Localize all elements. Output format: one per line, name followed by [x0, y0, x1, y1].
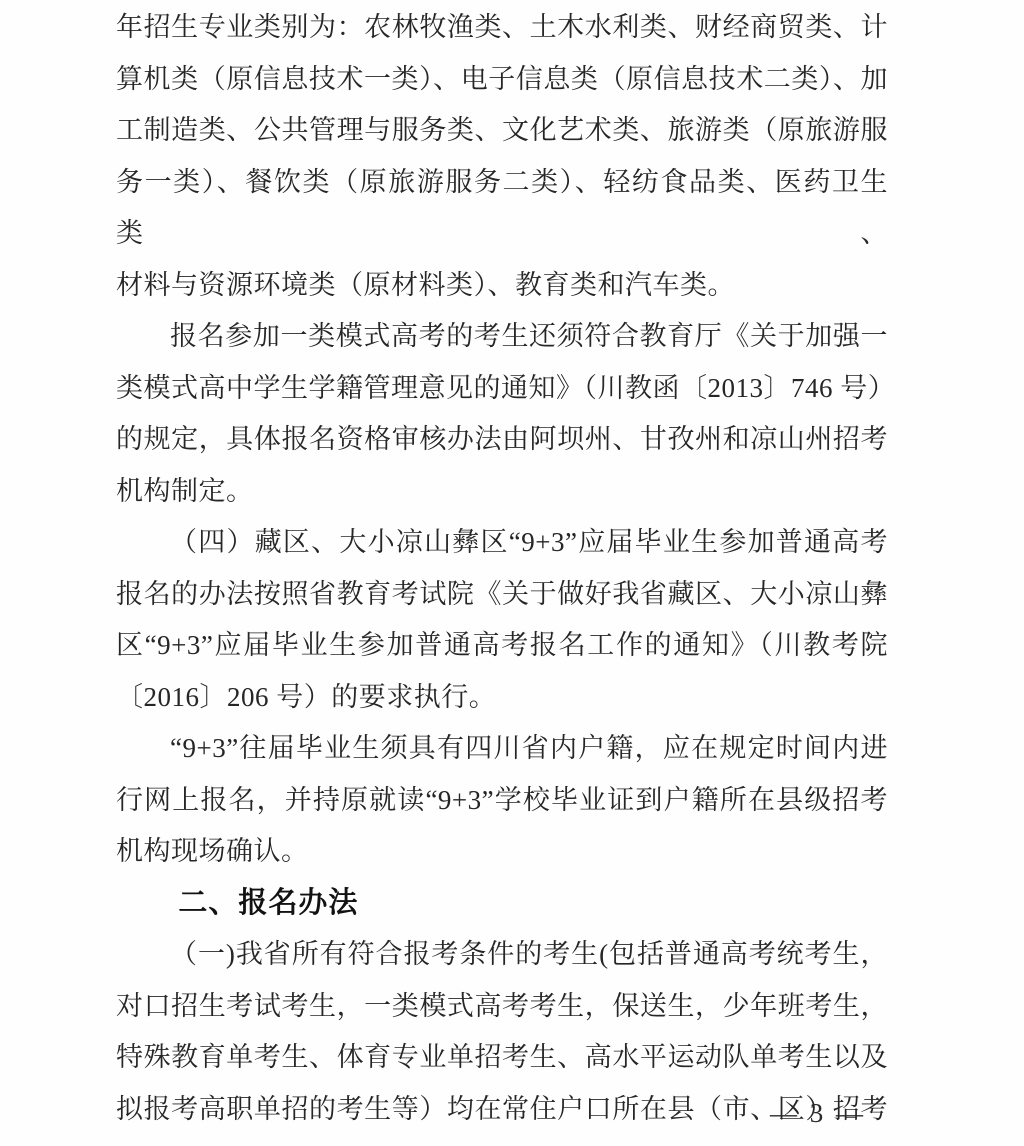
section-heading: 二、报名办法 [116, 878, 888, 930]
text-line: 对口招生考试考生，一类模式高考考生，保送生，少年班考生， [116, 981, 888, 1033]
text-line: “9+3”往届毕业生须具有四川省内户籍，应在规定时间内进 [116, 723, 888, 775]
text-line: 行网上报名，并持原就读“9+3”学校毕业证到户籍所在县级招考 [116, 775, 888, 827]
page-number: — 3 — [770, 1098, 866, 1129]
text-line: 机构制定。 [116, 466, 888, 518]
document-body: 年招生专业类别为：农林牧渔类、土木水利类、财经商贸类、计 算机类（原信息技术一类… [116, 2, 888, 1135]
text-line: 工制造类、公共管理与服务类、文化艺术类、旅游类（原旅游服 [116, 105, 888, 157]
text-line: （四）藏区、大小凉山彝区“9+3”应届毕业生参加普通高考 [116, 517, 888, 569]
text-line: 报名参加一类模式高考的考生还须符合教育厅《关于加强一 [116, 311, 888, 363]
text-line: 类模式高中学生学籍管理意见的通知》（川教函〔2013〕746 号） [116, 363, 888, 415]
text-line: 特殊教育单考生、体育专业单招考生、高水平运动队单考生以及 [116, 1032, 888, 1084]
document-page: 年招生专业类别为：农林牧渔类、土木水利类、财经商贸类、计 算机类（原信息技术一类… [0, 0, 1024, 1146]
text-line: 的规定，具体报名资格审核办法由阿坝州、甘孜州和凉山州招考 [116, 414, 888, 466]
text-line: （一)我省所有符合报考条件的考生(包括普通高考统考生， [116, 929, 888, 981]
text-line: 年招生专业类别为：农林牧渔类、土木水利类、财经商贸类、计 [116, 2, 888, 54]
text-line: 算机类（原信息技术一类）、电子信息类（原信息技术二类）、加 [116, 54, 888, 106]
text-line: 报名的办法按照省教育考试院《关于做好我省藏区、大小凉山彝 [116, 569, 888, 621]
text-line: 务一类）、餐饮类（原旅游服务二类）、轻纺食品类、医药卫生类、 [116, 157, 888, 260]
text-line: 机构现场确认。 [116, 826, 888, 878]
text-line: 材料与资源环境类（原材料类）、教育类和汽车类。 [116, 260, 888, 312]
text-line: 〔2016〕206 号）的要求执行。 [116, 672, 888, 724]
text-line: 区“9+3”应届毕业生参加普通高考报名工作的通知》（川教考院 [116, 620, 888, 672]
